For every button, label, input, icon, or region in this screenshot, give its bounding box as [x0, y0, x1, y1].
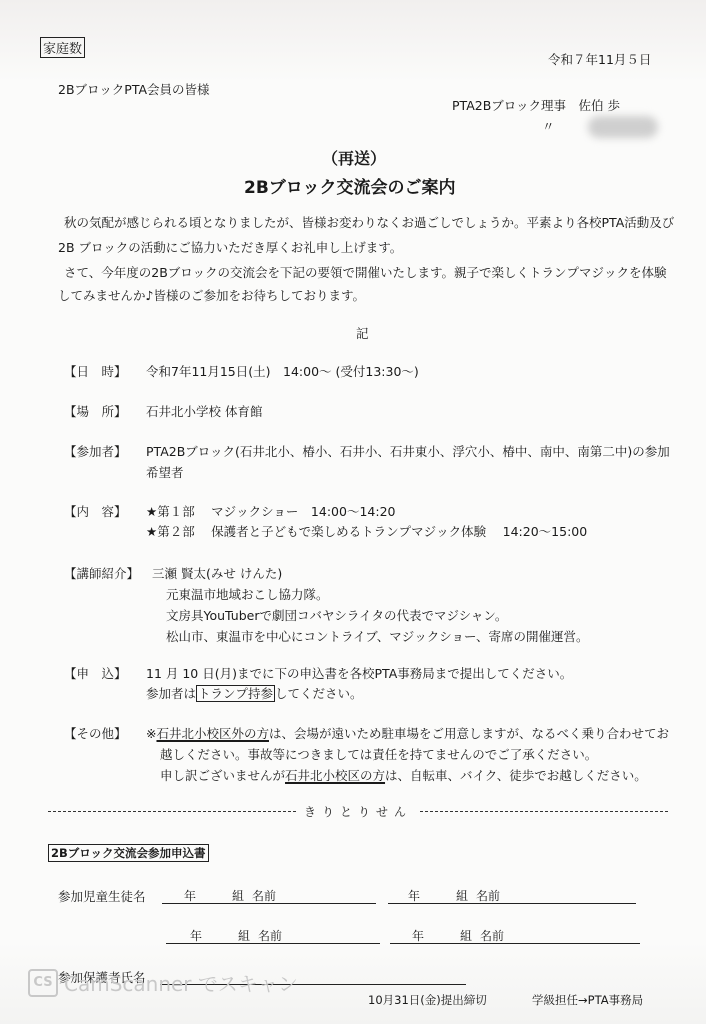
name-label: 名前 — [252, 889, 276, 903]
detail-other-line1: ※石井北小校区外の方は、会場が遠いため駐車場をご用意しますが、なるべく乗り合わせ… — [146, 724, 669, 742]
camscanner-watermark-text: CamScanner でスキャン — [64, 968, 298, 997]
student-cell-3-underline — [166, 943, 380, 944]
detail-participants-label: 【参加者】 — [64, 442, 127, 460]
body-para1-line2: 2B ブロックの活動にご協力いただき厚くお礼申し上げます。 — [58, 238, 402, 256]
detail-instructor-line1: 元東温市地域おこし協力隊。 — [166, 585, 329, 603]
submission-deadline: 10月31日(金)提出締切 — [368, 992, 487, 1008]
detail-participants-line2: 希望者 — [146, 463, 184, 481]
bring-cards-boxed: トランプ持参 — [196, 685, 275, 702]
ki-heading: 記 — [356, 324, 369, 342]
sender: PTA2Bブロック理事 佐伯 歩 — [452, 96, 620, 114]
class-label: 組 — [232, 889, 244, 903]
detail-instructor-name: 三瀬 賢太(みせ けんた) — [152, 564, 282, 582]
cut-line-dash-right — [420, 811, 668, 812]
detail-other-line2: 越しください。事故等につきましては責任を持てませんのでご了承ください。 — [160, 745, 597, 763]
application-line2-pre: 参加者は — [146, 686, 196, 701]
detail-datetime-value: 令和7年11月15日(土) 14:00～ (受付13:30～) — [146, 362, 419, 380]
year-label: 年 — [184, 889, 196, 903]
camscanner-watermark: CS CamScanner でスキャン — [28, 968, 298, 997]
recipient: 2BブロックPTA会員の皆様 — [58, 80, 210, 98]
application-line2-post: してください。 — [275, 686, 363, 701]
camscanner-logo-icon: CS — [28, 969, 58, 997]
body-para2-line1: さて、今年度の2Bブロックの交流会を下記の要領で開催いたします。親子で楽しくトラ… — [64, 263, 667, 281]
document-date: 令和７年11月５日 — [548, 50, 651, 68]
detail-content-label: 【内 容】 — [64, 502, 127, 520]
inside-district-underlined: 石井北小校区の方 — [285, 768, 385, 783]
detail-content-line2: ★第２部 保護者と子どもで楽しめるトランプマジック体験 14:20～15:00 — [146, 522, 587, 540]
class-label: 組 — [456, 889, 468, 903]
detail-place-label: 【場 所】 — [64, 402, 127, 420]
redacted-name — [588, 116, 658, 138]
detail-participants-line1: PTA2Bブロック(石井北小、椿小、石井小、石井東小、浮穴小、椿中、南中、南第二… — [146, 442, 670, 460]
student-cell-2[interactable]: 年組名前 — [408, 887, 500, 904]
class-label: 組 — [460, 929, 472, 943]
detail-place-value: 石井北小学校 体育館 — [146, 402, 262, 420]
body-para1-line1: 秋の気配が感じられる頃となりましたが、皆様お変わりなくお過ごしでしょうか。平素よ… — [64, 213, 674, 231]
detail-application-line1: 11 月 10 日(月)までに下の申込書を各校PTA事務局まで提出してください。 — [146, 664, 572, 682]
resend-label: （再送） — [322, 146, 386, 169]
document-page: 家庭数 令和７年11月５日 2BブロックPTA会員の皆様 PTA2Bブロック理事… — [0, 0, 706, 1024]
detail-other-line3: 申し訳ございませんが石井北小校区の方は、自転車、バイク、徒歩でお越しください。 — [160, 766, 647, 784]
student-cell-3[interactable]: 年組名前 — [190, 927, 282, 944]
outside-district-underlined: 石井北小校区外の方 — [156, 726, 269, 741]
note-mark: ※ — [146, 726, 156, 741]
page-title: 2Bブロック交流会のご案内 — [244, 173, 455, 198]
cut-line-label: きりとりせん — [296, 803, 420, 820]
body-para2-line2: してみませんか♪皆様のご参加をお待ちしております。 — [58, 286, 365, 304]
cut-line: きりとりせん — [48, 803, 668, 820]
detail-application-line2: 参加者はトランプ持参してください。 — [146, 684, 363, 702]
detail-instructor-line3: 松山市、東温市を中心にコントライブ、マジックショー、寄席の開催運営。 — [166, 627, 589, 645]
name-label: 名前 — [476, 889, 500, 903]
detail-application-label: 【申 込】 — [64, 664, 127, 682]
student-cell-4-underline — [390, 943, 640, 944]
detail-other-label: 【その他】 — [64, 724, 127, 742]
name-label: 名前 — [480, 929, 504, 943]
other-line3-pre: 申し訳ございませんが — [160, 768, 285, 783]
student-cell-1-underline — [162, 903, 376, 904]
submission-route: 学級担任→PTA事務局 — [532, 992, 643, 1008]
detail-instructor-line2: 文房具YouTuberで劇団コバヤシライタの代表でマジシャン。 — [166, 606, 507, 624]
year-label: 年 — [190, 929, 202, 943]
detail-content-line1: ★第１部 マジックショー 14:00～14:20 — [146, 502, 395, 520]
student-cell-2-underline — [388, 903, 636, 904]
detail-instructor-label: 【講師紹介】 — [64, 564, 139, 582]
name-label: 名前 — [258, 929, 282, 943]
class-label: 組 — [238, 929, 250, 943]
detail-datetime-label: 【日 時】 — [64, 362, 127, 380]
sender-ditto-mark: 〃 — [542, 117, 555, 135]
category-badge: 家庭数 — [40, 37, 85, 58]
year-label: 年 — [412, 929, 424, 943]
student-name-label: 参加児童生徒名 — [58, 887, 146, 905]
form-title: 2Bブロック交流会参加申込書 — [48, 844, 209, 862]
year-label: 年 — [408, 889, 420, 903]
other-line3-post: は、自転車、バイク、徒歩でお越しください。 — [385, 768, 647, 783]
student-cell-4[interactable]: 年組名前 — [412, 927, 504, 944]
student-cell-1[interactable]: 年組名前 — [184, 887, 276, 904]
other-line1-post: は、会場が遠いため駐車場をご用意しますが、なるべく乗り合わせてお — [269, 726, 669, 741]
cut-line-dash-left — [48, 811, 296, 812]
